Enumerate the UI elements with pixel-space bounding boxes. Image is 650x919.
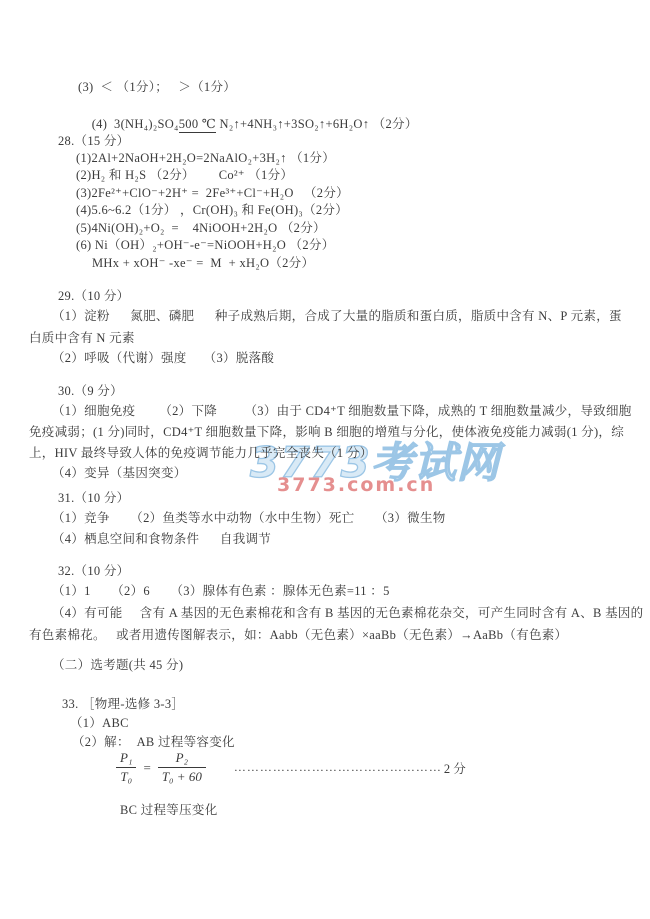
answer-line-29-2: 白质中含有 N 元素 (29, 331, 135, 346)
fraction-numerator: P₁ (116, 750, 136, 767)
document-page: 3773考试网 3773.com.cn (3) ＜ （1分）； ＞（1分） (4… (0, 0, 650, 919)
question-32-header: 32.（10 分） (58, 564, 129, 579)
fraction-numerator: P₂ (172, 750, 192, 767)
answer-line-31-2: （4）栖息空间和食物条件 自我调节 (52, 532, 271, 547)
equals-sign: = (143, 760, 150, 776)
answer-line-29-1: （1）淀粉 氮肥、磷肥 种子成熟后期，合成了大量的脂质和蛋白质，脂质中含有 N、… (52, 309, 622, 324)
answer-line-32-2: （4）有可能 含有 A 基因的无色素棉花和含有 B 基因的无色素棉花杂交，可产生… (52, 606, 643, 621)
equation-reactant: (4) 3(NH₄)₂SO₄ (92, 117, 179, 131)
answer-line-33-2: （2）解： AB 过程等容变化 (72, 735, 235, 750)
answer-line-33-3: BC 过程等压变化 (120, 803, 218, 818)
dotted-leader: ………………………………………… (234, 760, 442, 775)
answer-line-27-3: (3) ＜ （1分）； ＞（1分） (78, 80, 236, 95)
question-33-header: 33. ［物理-选修 3-3］ (62, 697, 184, 712)
answer-line-28-1: (1)2Al+2NaOH+2H₂O=2NaAlO₂+3H₂↑ （1分） (76, 151, 335, 166)
answer-line-30-4: （4）变异（基因突变） (52, 466, 187, 481)
answer-line-28-2: (2)H₂ 和 H₂S （2分） Co²⁺ （1分） (76, 168, 293, 183)
watermark-url: 3773.com.cn (277, 474, 435, 496)
fraction-denominator: T₀ + 60 (158, 767, 206, 785)
equation-condition: 500 ℃ (179, 117, 216, 133)
physics-formula: P₁ T₀ = P₂ T₀ + 60 ………………………………………… 2 分 (116, 750, 466, 785)
question-31-header: 31.（10 分） (58, 491, 129, 506)
fraction-denominator: T₀ (116, 767, 136, 785)
answer-line-28-6: (6) Ni（OH）₂+OH⁻-e⁻=NiOOH+H₂O （2分） (76, 238, 335, 253)
fraction-right: P₂ T₀ + 60 (158, 750, 206, 785)
answer-line-28-extra: MHx + xOH⁻ -xe⁻ = M + xH₂O（2分） (92, 256, 314, 271)
question-30-header: 30.（9 分） (58, 384, 123, 399)
formula-score: 2 分 (444, 759, 466, 777)
answer-line-30-2: 免疫减弱；(1 分)同时，CD4⁺T 细胞数量下降，影响 B 细胞的增殖与分化，… (29, 425, 624, 440)
fraction-left: P₁ T₀ (116, 750, 136, 785)
equation-products: N₂↑+4NH₃↑+3SO₂↑+6H₂O↑ （2分） (216, 117, 418, 131)
answer-line-32-1: （1）1 （2）6 （3）腺体有色素 ：腺体无色素=11 ：5 (52, 584, 390, 599)
answer-line-28-3: (3)2Fe²⁺+ClO⁻+2H⁺ = 2Fe³⁺+Cl⁻+H₂O （2分） (76, 186, 349, 201)
answer-line-31-1: （1）竞争 （2）鱼类等水中动物（水中生物）死亡 （3）微生物 (52, 511, 446, 526)
answer-line-28-5: (5)4Ni(OH)₂+O₂ = 4NiOOH+2H₂O （2分） (76, 221, 326, 236)
answer-line-30-3: 上，HIV 最终导致人体的免疫调节能力几乎完全丧失（1 分） (29, 446, 373, 461)
answer-line-33-1: （1）ABC (70, 716, 129, 731)
answer-line-29-3: （2）呼吸（代谢）强度 （3）脱落酸 (52, 351, 274, 366)
section-b-header: （二）选考题(共 45 分) (52, 658, 183, 673)
answer-line-28-4: (4)5.6~6.2（1分） ，Cr(OH)₃ 和 Fe(OH)₃（2分） (76, 203, 348, 218)
question-28-header: 28.（15 分） (58, 134, 129, 149)
answer-line-30-1: （1）细胞免疫 （2）下降 （3）由于 CD4⁺T 细胞数量下降，成熟的 T 细… (52, 404, 632, 419)
question-29-header: 29.（10 分） (58, 289, 129, 304)
answer-line-32-3: 有色素棉花。 或者用遗传图解表示，如：Aabb（无色素）×aaBb（无色素）→A… (29, 628, 567, 643)
